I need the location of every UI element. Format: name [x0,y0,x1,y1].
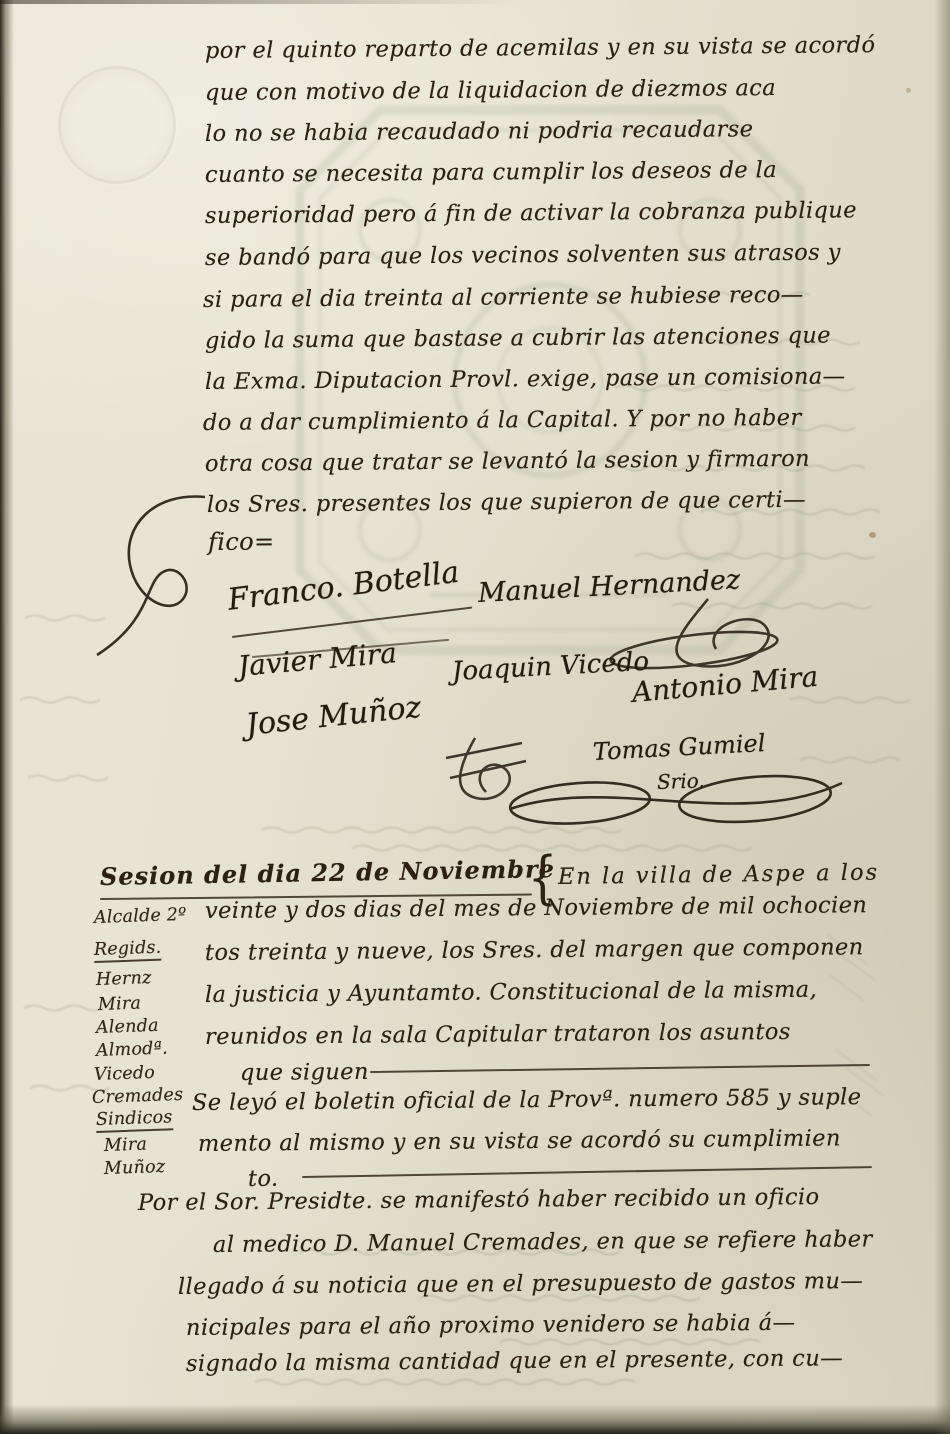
margin-note: Almodª. [96,1038,169,1060]
manuscript-line: si para el dia treinta al corriente se h… [203,282,804,313]
margin-note: Muñoz [104,1157,166,1179]
manuscript-line: se bandó para que los vecinos solventen … [205,239,841,271]
manuscript-line: lo no se habia recaudado ni podria recau… [205,116,754,147]
margin-note: Regids. [94,938,162,963]
manuscript-line: do a dar cumplimiento á la Capital. Y po… [203,405,802,436]
session-opening-line: En la villa de Aspe a los [558,860,879,890]
margin-note: Cremades [92,1085,184,1108]
manuscript-line: fico= [208,527,275,556]
manuscript-page: por el quinto reparto de acemilas y en s… [0,0,950,1434]
age-spot [869,532,876,538]
manuscript-line: gido la suma que bastase a cubrir las at… [205,323,831,354]
manuscript-line: la justicia y Ayuntamto. Constitucional … [205,977,817,1008]
signature-title: Srio. [657,768,706,794]
margin-note: Sindicos [96,1107,173,1133]
margin-note: Alenda [96,1016,159,1038]
manuscript-line: otra cosa que tratar se levantó la sesio… [205,446,810,477]
margin-note: Vicedo [94,1063,156,1085]
manuscript-line: nicipales para el año proximo venidero s… [186,1310,796,1341]
embossed-seal [58,66,176,184]
manuscript-line: que con motivo de la liquidacion de diez… [205,75,776,106]
age-spot [906,88,911,93]
margin-note: Hernz [96,968,152,990]
margin-note: Alcalde 2º [94,905,187,928]
margin-note: Mira [104,1135,148,1156]
manuscript-line: los Sres. presentes los que supieron de … [207,487,806,518]
margin-note: Mira [98,994,142,1015]
manuscript-line: que siguen [240,1059,369,1086]
manuscript-line: reunidos en la sala Capitular trataron l… [205,1019,791,1050]
manuscript-line: cuanto se necesita para cumplir los dese… [205,157,777,188]
